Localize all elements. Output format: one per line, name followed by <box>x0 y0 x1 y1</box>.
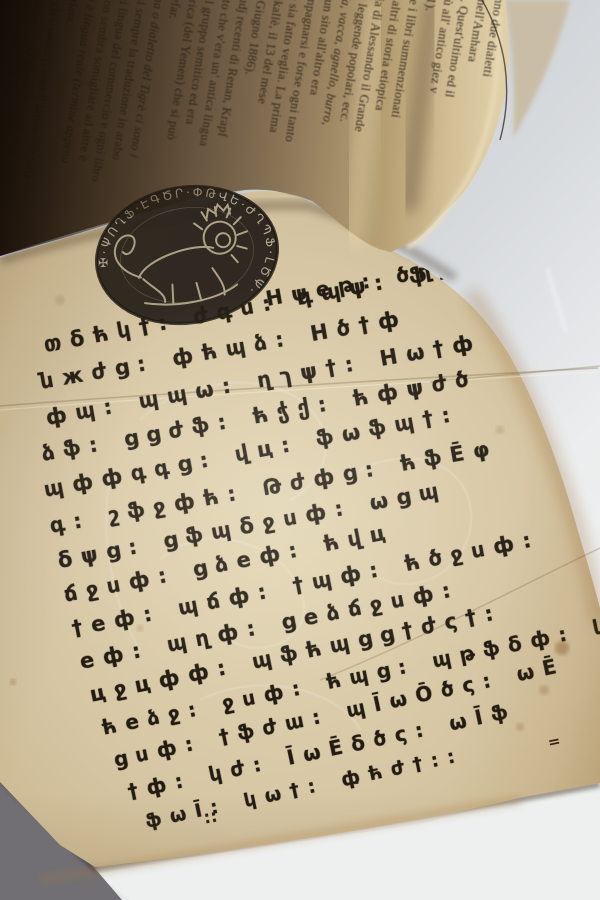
book-photograph: ✠·ΨՈՂՖ·ԷԳԾՐ·ՓԹՎԵ·ԺՂՊՖ·ԼԾΨ· Hψеթ: ծղյთδћկ… <box>0 0 600 900</box>
manuscript-section-mark: = <box>546 731 562 751</box>
